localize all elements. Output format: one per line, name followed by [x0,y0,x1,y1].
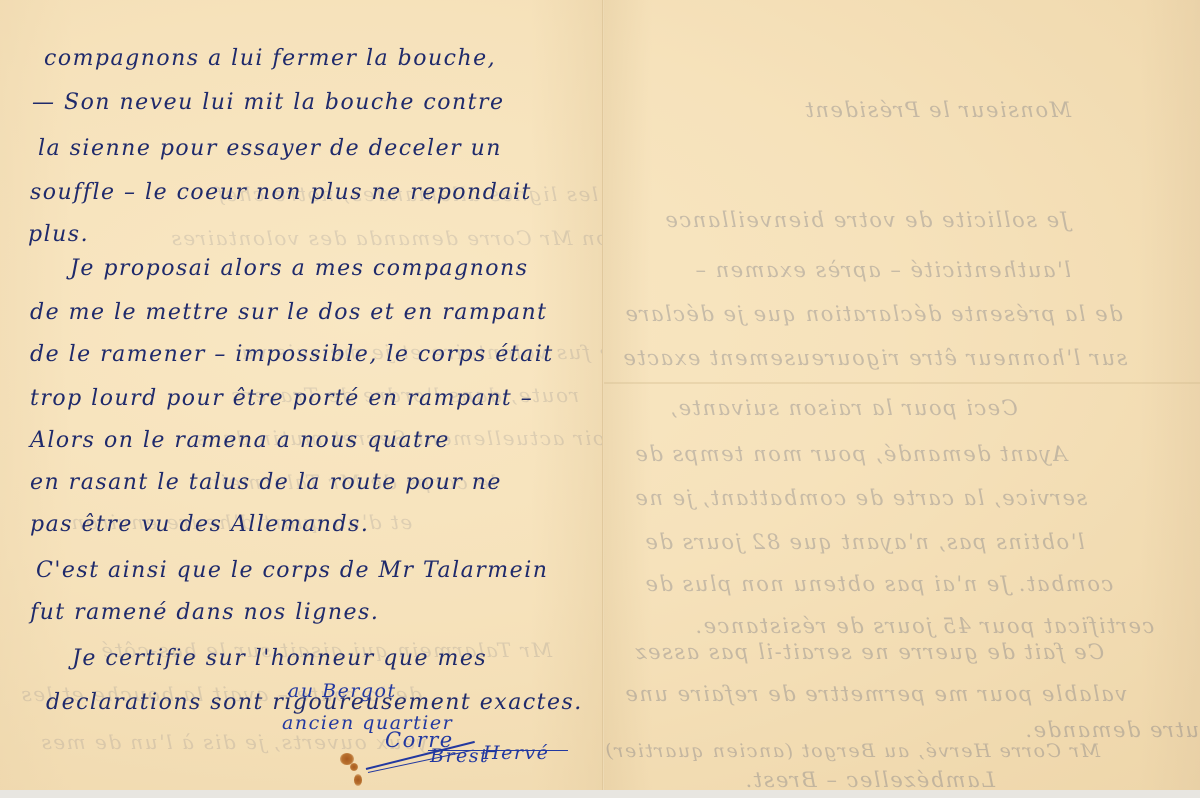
signature-city: Brest [430,745,489,767]
ink-stain [350,763,358,771]
letter-line: trop lourd pour être porté en rampant – [30,386,533,411]
letter-line: plus. [28,222,89,247]
bleed-line: l'obtins pas, n'ayant que 82 jours de [644,530,1085,554]
city-overline [428,750,568,751]
bleed-line: Je sollicite de votre bienveillance [664,208,1069,232]
bleed-line: combat. Je n'ai pas obtenu non plus de [644,572,1113,596]
signature-address-line1: au Bergot [288,680,397,702]
bleed-line: service, la carte de combattant, je ne [634,486,1087,510]
ink-stain [354,774,362,786]
horizontal-crease [604,382,1200,384]
right-page: Monsieur le Président Je sollicite de vo… [604,0,1200,790]
letter-line: souffle – le coeur non plus ne repondait [30,180,532,205]
bleed-line: Mr Corre Hervé, au Bergot (ancien quarti… [604,740,1100,762]
bleed-line: Lambézellec – Brest. [744,768,995,790]
bleed-line: l'authenticité – après examen – [694,258,1071,282]
bleed-line: de la présente déclaration que je déclar… [624,302,1123,326]
bleed-line: sur l'honneur être rigoureusement exacte [622,346,1127,370]
letter-line: C'est ainsi que le corps de Mr Talarmein [36,558,548,583]
letter-line: de le ramener – impossible, le corps éta… [30,342,554,367]
bleed-line: valable pour me permettre de refaire une [624,682,1127,706]
letter-line: la sienne pour essayer de deceler un [38,136,502,161]
bleed-line: Ceci pour la raison suivante, [669,396,1018,420]
signature-address-line2: ancien quartier [282,712,453,734]
bleed-line: autre demande. [1024,718,1200,742]
signature-first-name: Hervé [483,742,549,764]
bleed-line: Monsieur le Président [804,98,1071,122]
letter-line: de me le mettre sur le dos et en rampant [30,300,547,325]
letter-line: Je certifie sur l'honneur que mes [72,646,487,671]
letter-line: fut ramené dans nos lignes. [30,600,379,625]
letter-sheet: dans les lignes allemandes, notre chef d… [0,0,1200,790]
bleed-line: Ayant demandé, pour mon temps de [634,442,1067,466]
letter-line: pas être vu des Allemands. [30,512,369,537]
letter-line: compagnons a lui fermer la bouche, [44,46,496,71]
letter-line: en rasant le talus de la route pour ne [30,470,502,495]
bleed-line: certificat pour 45 jours de résistance. [694,614,1154,638]
scan-border [0,790,1200,798]
left-page: dans les lignes allemandes, notre chef d… [0,0,603,790]
letter-line: — Son neveu lui mit la bouche contre [32,90,505,115]
letter-line: Je proposai alors a mes compagnons [70,256,529,281]
bleed-line: Ce fait de guerre ne serait-il pas assez [634,640,1104,664]
letter-line: Alors on le ramena a nous quatre [30,428,450,453]
bleed-line: de section Mr Corre demanda des volontai… [170,226,603,250]
